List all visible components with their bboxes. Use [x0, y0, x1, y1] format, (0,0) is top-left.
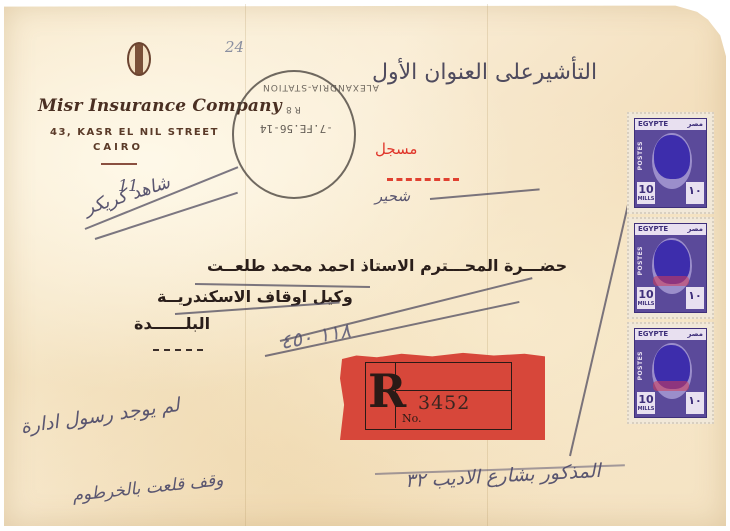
- registration-label-divider: [396, 390, 512, 391]
- stamp-country-ar: مصر: [687, 224, 703, 235]
- city-underline: [101, 163, 137, 165]
- stamp-country-ar: مصر: [687, 329, 703, 340]
- handwritten-eleven: 11: [118, 176, 138, 195]
- stamp-value-ar: ١٠: [686, 392, 704, 414]
- pencil-number: 24: [225, 38, 244, 56]
- postage-stamp: EGYPTEمصر POSTES 10MILLS ١٠: [627, 112, 714, 214]
- stamp-value-ar: ١٠: [686, 287, 704, 309]
- postmark-ring-text: ALEXANDRIA-STATION: [262, 82, 379, 92]
- address-dashes: [153, 349, 203, 351]
- stamp-country: EGYPTE: [638, 330, 668, 338]
- postage-stamp: EGYPTEمصر POSTES 10MILLS ١٠: [627, 322, 714, 424]
- registered-label-arabic: مسجل: [375, 140, 417, 158]
- postmark-middle-text: R 8: [286, 104, 301, 114]
- stamp-overprint: [653, 381, 689, 391]
- recipient-line-3: البلــــــدة: [134, 314, 210, 333]
- registration-number: 3452: [418, 392, 470, 414]
- handwritten-top-note: التأشيرعلى العنوان الأول: [372, 60, 597, 85]
- cancellation-ink: [654, 135, 690, 179]
- registration-letter: R: [368, 368, 406, 414]
- stamp-value: 10MILLS: [637, 392, 655, 414]
- stamp-value: 10MILLS: [637, 182, 655, 204]
- stamp-country-ar: مصر: [687, 119, 703, 130]
- stamp-side-text: POSTES: [637, 246, 644, 275]
- stamp-country: EGYPTE: [638, 225, 668, 233]
- misr-emblem-icon: [127, 42, 151, 76]
- handwritten-near-registered: شحير: [375, 187, 410, 205]
- stamp-overprint: [653, 276, 689, 286]
- postmark-date: -7.FE.56-14: [260, 122, 333, 135]
- postage-stamp: EGYPTEمصر POSTES 10MILLS ١٠: [627, 217, 714, 319]
- stamp-side-text: POSTES: [637, 141, 644, 170]
- stamp-side-text: POSTES: [637, 351, 644, 380]
- sender-address: 43, KASR EL NIL STREET: [50, 127, 219, 138]
- recipient-line-1: حضـــرة المحـــترم الاستاذ احمد محمد طلع…: [207, 256, 567, 275]
- registered-dashes: [387, 178, 459, 181]
- stamp-value: 10MILLS: [637, 287, 655, 309]
- stamp-value-ar: ١٠: [686, 182, 704, 204]
- envelope-scan: Misr Insurance Company 43, KASR EL NIL S…: [0, 0, 730, 531]
- sender-city: CAIRO: [93, 142, 143, 153]
- stamp-country: EGYPTE: [638, 120, 668, 128]
